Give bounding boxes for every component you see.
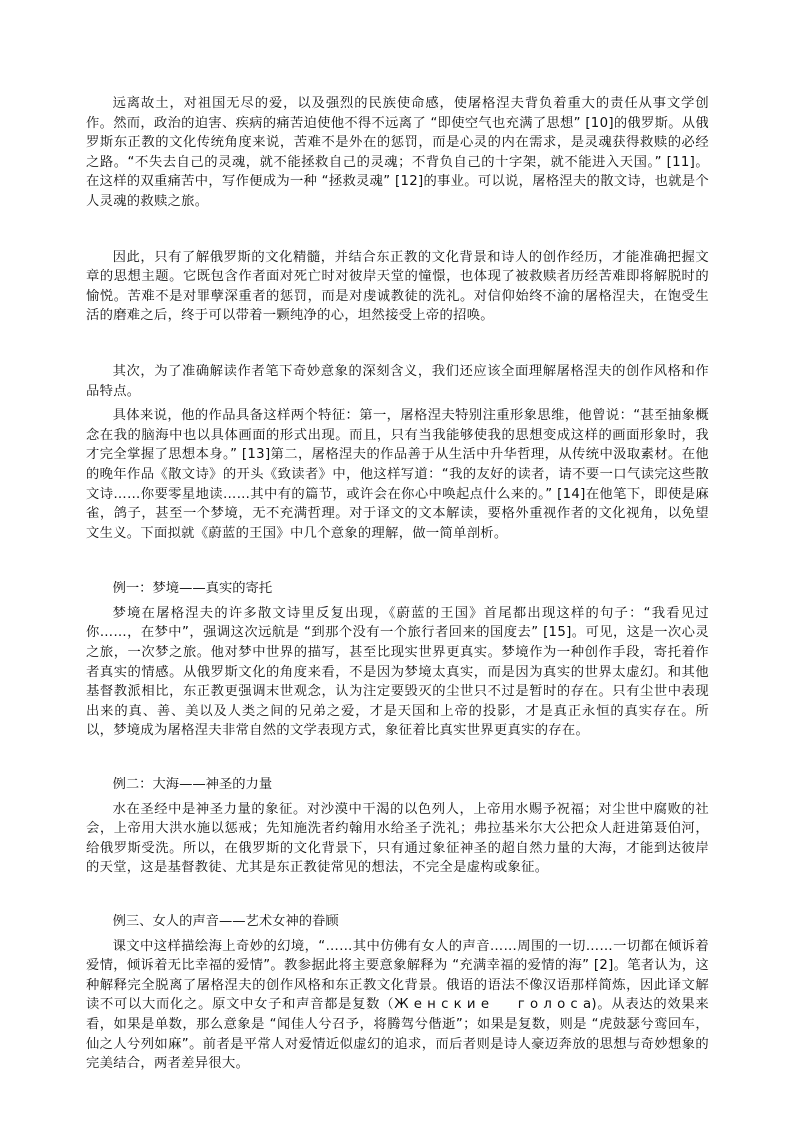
paragraph-two-features: 具体来说，他的作品具备这样两个特征：第一，屠格涅夫特别注重形象思维，他曾说：“甚… bbox=[86, 406, 709, 543]
paragraph-exile-redemption: 远离故土，对祖国无尽的爱，以及强烈的民族使命感，使屠格涅夫背负着重大的责任从事文… bbox=[86, 94, 709, 212]
document-page: 远离故土，对祖国无尽的爱，以及强烈的民族使命感，使屠格涅夫背负着重大的责任从事文… bbox=[86, 94, 709, 1074]
section-heading-example-3: 例三、女人的声音——艺术女神的眷顾 bbox=[86, 912, 709, 932]
section-heading-example-1: 例一：梦境——真实的寄托 bbox=[86, 579, 709, 599]
paragraph-dream: 梦境在屠格涅夫的许多散文诗里反复出现，《蔚蓝的王国》首尾都出现这样的句子：“我看… bbox=[86, 604, 709, 741]
spacer bbox=[86, 878, 709, 912]
paragraph-sea: 水在圣经中是神圣力量的象征。对沙漠中干渴的以色列人，上帝用水赐予祝福；对尘世中腐… bbox=[86, 800, 709, 878]
section-heading-example-2: 例二：大海——神圣的力量 bbox=[86, 775, 709, 795]
spacer bbox=[86, 543, 709, 579]
paragraph-woman-voice: 课文中这样描绘海上奇妙的幻境，“……其中仿佛有女人的声音……周围的一切……一切都… bbox=[86, 937, 709, 1074]
spacer bbox=[86, 326, 709, 362]
paragraph-cultural-essence: 因此，只有了解俄罗斯的文化精髓，并结合东正教的文化背景和诗人的创作经历，才能准确… bbox=[86, 248, 709, 326]
spacer bbox=[86, 741, 709, 775]
spacer bbox=[86, 212, 709, 248]
paragraph-style-intro: 其次，为了准确解读作者笔下奇妙意象的深刻含义，我们还应该全面理解屠格涅夫的创作风… bbox=[86, 362, 709, 401]
